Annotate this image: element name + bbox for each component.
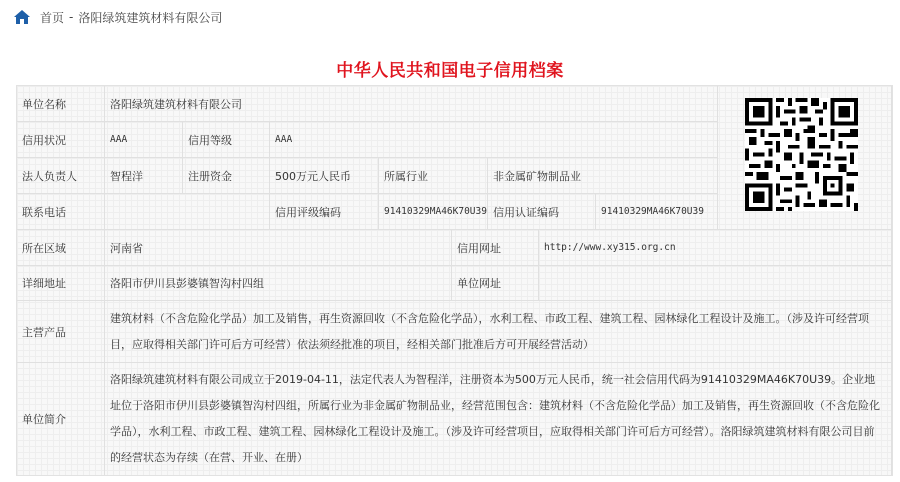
credit-url-label: 信用网址 [452,230,539,266]
home-icon[interactable] [14,10,30,24]
breadcrumb-current: 洛阳绿筑建筑材料有限公司 [78,9,222,26]
breadcrumb: 首页 - 洛阳绿筑建筑材料有限公司 [14,8,222,26]
credit-rating-code-value: 91410329MA46K70U39 [379,194,488,230]
credit-rating-code-label: 信用评级编码 [270,194,379,230]
phone-label: 联系电话 [17,194,105,230]
credit-level-label: 信用等级 [183,122,270,158]
credit-cert-code-value: 91410329MA46K70U39 [596,194,718,230]
credit-status-value: AAA [105,122,183,158]
legal-person-value: 智程洋 [105,158,183,194]
registered-capital-label: 注册资金 [183,158,270,194]
legal-person-label: 法人负责人 [17,158,105,194]
intro-value: 洛阳绿筑建筑材料有限公司成立于2019-04-11，法定代表人为智程洋，注册资本… [105,363,892,475]
credit-status-label: 信用状况 [17,122,105,158]
address-value: 洛阳市伊川县彭婆镇智沟村四组 [105,266,452,301]
intro-label: 单位简介 [17,363,105,475]
registered-capital-value: 500万元人民币 [270,158,379,194]
region-label: 所在区域 [17,230,105,266]
unit-url-value [539,266,892,301]
page-title: 中华人民共和国电子信用档案 [0,56,900,81]
credit-cert-code-label: 信用认证编码 [488,194,596,230]
unit-name-label: 单位名称 [17,86,105,122]
qr-code-icon [745,98,858,211]
unit-name-value: 洛阳绿筑建筑材料有限公司 [105,86,718,122]
address-label: 详细地址 [17,266,105,301]
credit-level-value: AAA [270,122,718,158]
region-value: 河南省 [105,230,452,266]
breadcrumb-separator: - [69,10,73,24]
unit-url-label: 单位网址 [452,266,539,301]
main-products-label: 主营产品 [17,301,105,363]
main-products-value: 建筑材料（不含危险化学品）加工及销售，再生资源回收（不含危险化学品），水利工程、… [105,301,892,363]
credit-url-link[interactable]: http://www.xy315.org.cn [539,230,892,266]
phone-value [105,194,270,230]
industry-value: 非金属矿物制品业 [488,158,718,194]
industry-label: 所属行业 [379,158,488,194]
breadcrumb-home-link[interactable]: 首页 [40,9,64,26]
